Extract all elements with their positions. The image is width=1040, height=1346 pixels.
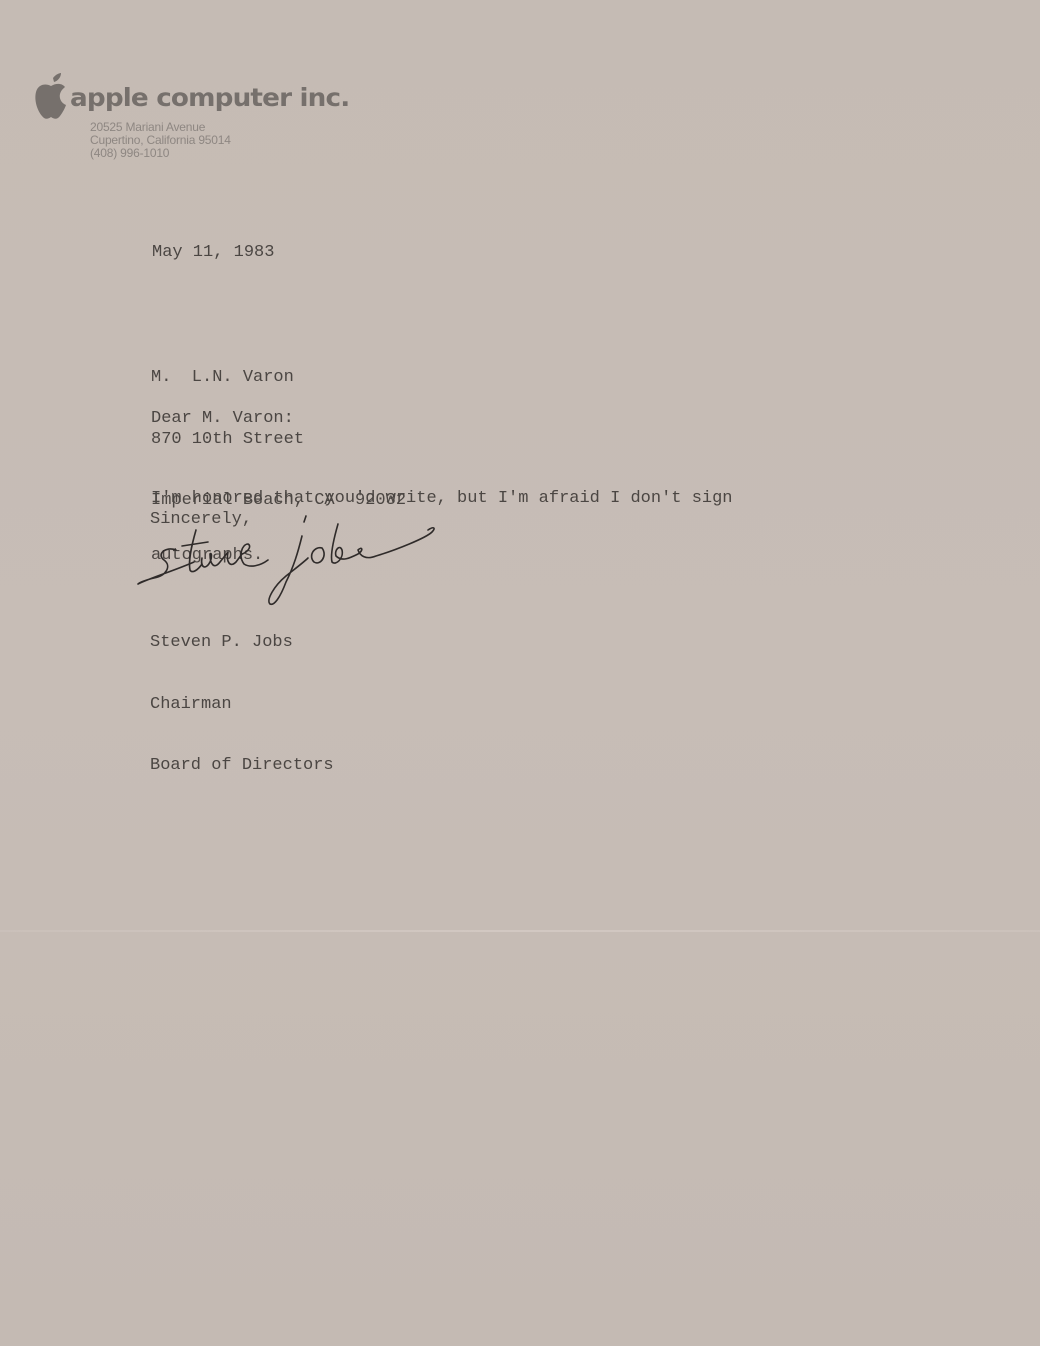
address-phone: (408) 996-1010: [90, 147, 231, 160]
signer-name: Steven P. Jobs: [150, 633, 334, 654]
signer-organization: Board of Directors: [150, 756, 334, 777]
salutation: Dear M. Varon:: [151, 409, 294, 430]
letterhead-address: 20525 Mariani Avenue Cupertino, Californ…: [90, 121, 231, 160]
letterhead: apple computer inc.: [34, 72, 336, 122]
apple-logo-icon: [34, 72, 68, 122]
recipient-street: 870 10th Street: [151, 430, 406, 451]
signer-title: Chairman: [150, 695, 334, 716]
recipient-name: M. L.N. Varon: [151, 368, 406, 389]
company-name: apple computer inc.: [70, 83, 349, 112]
letter-date: May 11, 1983: [152, 243, 274, 264]
paper-fold-line: [0, 930, 1040, 932]
signer-block: Steven P. Jobs Chairman Board of Directo…: [150, 592, 334, 797]
body-line: I'm honored that you'd write, but I'm af…: [151, 489, 733, 508]
